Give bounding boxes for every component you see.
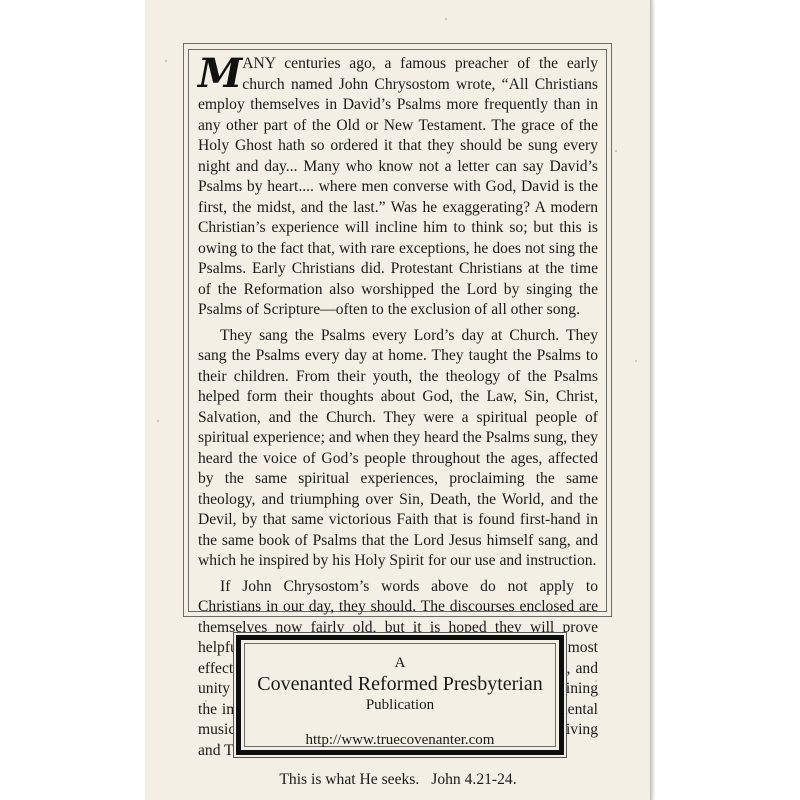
paragraph-2: They sang the Psalms every Lord’s day at… (198, 326, 598, 572)
drop-cap: M (198, 56, 239, 92)
paper-speck (165, 60, 167, 62)
paper-speck (445, 18, 447, 20)
publisher-label: Publication (245, 696, 555, 714)
page-edge-shadow (650, 0, 653, 800)
publisher-box: A Covenanted Reformed Presbyterian Publi… (233, 632, 567, 758)
closing-text: This is what He seeks. (279, 771, 419, 788)
publisher-name: Covenanted Reformed Presbyterian (245, 672, 555, 696)
paper-speck (157, 420, 159, 422)
publisher-box-thick-border: A Covenanted Reformed Presbyterian Publi… (236, 635, 564, 755)
paper-speck (635, 360, 637, 362)
publisher-article: A (245, 654, 555, 672)
text-frame-outer: MANY centuries ago, a famous preacher of… (183, 43, 612, 617)
publisher-box-inner: A Covenanted Reformed Presbyterian Publi… (244, 643, 556, 747)
paper-speck (615, 150, 617, 152)
paragraph-1: MANY centuries ago, a famous preacher of… (198, 54, 598, 321)
back-cover-page: MANY centuries ago, a famous preacher of… (145, 0, 650, 800)
publisher-url: http://www.truecovenanter.com (245, 731, 555, 749)
paragraph-1-text: ANY centuries ago, a famous preacher of … (198, 55, 598, 318)
scripture-reference: John 4.21-24. (431, 771, 516, 788)
text-frame-inner: MANY centuries ago, a famous preacher of… (188, 49, 607, 612)
closing-line: This is what He seeks.John 4.21-24. (198, 771, 598, 789)
